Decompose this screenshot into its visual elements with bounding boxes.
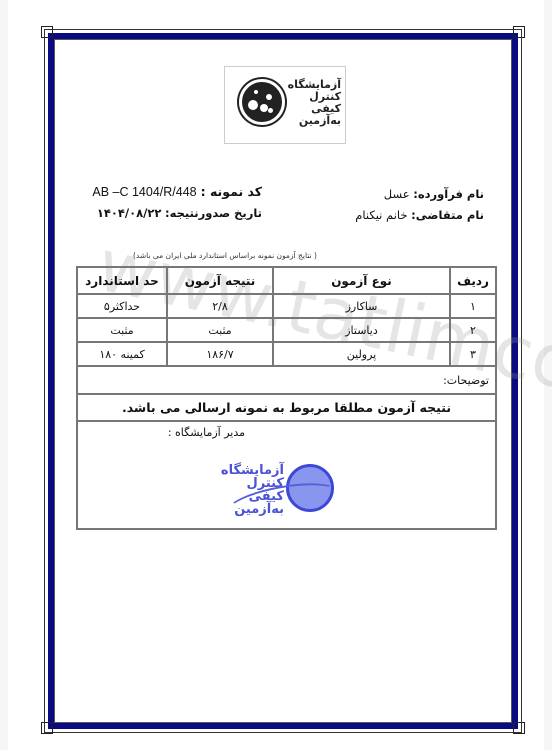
product-value: عسل [384,187,410,201]
table-row: ۳ پرولین ۱۸۶/۷ کمینه ۱۸۰ [77,342,496,366]
issue-date-label: تاریخ صدورنتیجه: [165,206,262,220]
logo-text: آزمایشگاه کنترل کیفی به‌آزمین [283,79,341,127]
issue-date-value: ۱۴۰۴/۰۸/۲۲ [97,206,162,220]
standard-note: ( نتایج آزمون نمونه براساس استاندارد ملی… [133,251,317,260]
cell-index: ۱ [450,294,496,318]
remarks-label: توضیحات: [77,366,496,394]
applicant-name-field: نام متقاضی: خانم نیکنام [355,208,484,222]
frame-corner-bl [41,722,53,734]
sample-code-value: AB –C 1404/R/448 [92,185,196,199]
cell-standard: حداکثر۵ [77,294,167,318]
remarks-row: توضیحات: [77,366,496,394]
table-row: ۱ ساکارز ۲/۸ حداکثر۵ [77,294,496,318]
applicant-value: خانم نیکنام [355,208,407,222]
product-label: نام فرآورده: [413,187,484,201]
header-result: نتیجه آزمون [167,267,273,294]
product-name-field: نام فرآورده: عسل [384,187,484,201]
cell-result: مثبت [167,318,273,342]
manager-label: مدیر آزمایشگاه : [168,426,245,439]
results-table: ردیف نوع آزمون نتیجه آزمون حد استاندارد … [76,266,497,530]
logo-line: به‌آزمین [283,115,341,127]
cell-standard: مثبت [77,318,167,342]
table-row: ۲ دیاستاز مثبت مثبت [77,318,496,342]
lab-logo: آزمایشگاه کنترل کیفی به‌آزمین [224,66,346,144]
header-test-type: نوع آزمون [273,267,450,294]
cell-test: دیاستاز [273,318,450,342]
lab-stamp: آزمایشگاه کنترل کیفی به‌آزمین [218,458,348,522]
table-header-row: ردیف نوع آزمون نتیجه آزمون حد استاندارد [77,267,496,294]
frame-corner-br [513,722,525,734]
frame-corner-tl [41,26,53,38]
disclaimer-row: نتیجه آزمون مطلقا مربوط به نمونه ارسالی … [77,394,496,421]
manager-cell: مدیر آزمایشگاه : آزمایشگاه کنترل کیفی به… [77,421,496,529]
logo-flask-icon [239,79,285,125]
cell-result: ۲/۸ [167,294,273,318]
cell-test: پرولین [273,342,450,366]
applicant-label: نام متقاضی: [411,208,484,222]
sample-code-field: کد نمونه : AB –C 1404/R/448 [92,184,262,199]
document-page: آزمایشگاه کنترل کیفی به‌آزمین نام فرآورد… [8,0,544,750]
cell-index: ۲ [450,318,496,342]
frame-corner-tr [513,26,525,38]
disclaimer-text: نتیجه آزمون مطلقا مربوط به نمونه ارسالی … [77,394,496,421]
issue-date-field: تاریخ صدورنتیجه: ۱۴۰۴/۰۸/۲۲ [97,206,262,220]
sample-code-label: کد نمونه : [201,184,262,199]
cell-test: ساکارز [273,294,450,318]
header-index: ردیف [450,267,496,294]
header-standard: حد استاندارد [77,267,167,294]
manager-row: مدیر آزمایشگاه : آزمایشگاه کنترل کیفی به… [77,421,496,529]
cell-index: ۳ [450,342,496,366]
cell-result: ۱۸۶/۷ [167,342,273,366]
cell-standard: کمینه ۱۸۰ [77,342,167,366]
